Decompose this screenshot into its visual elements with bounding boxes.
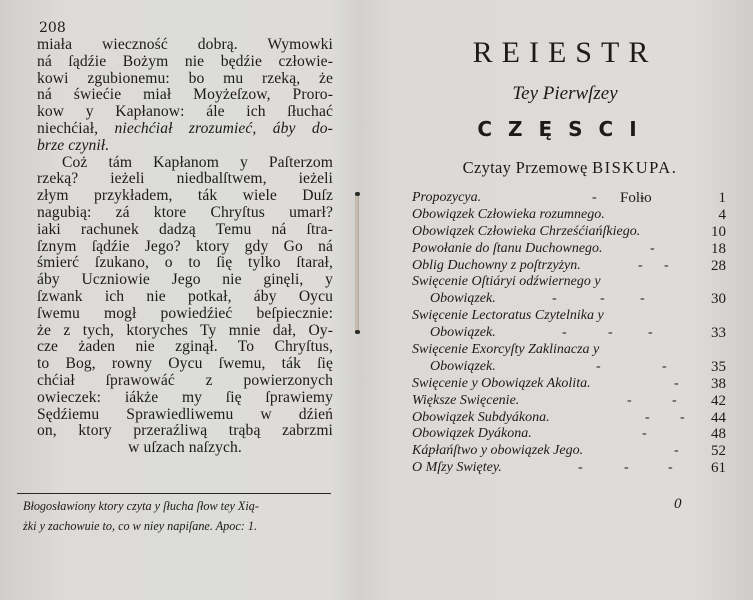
text-line: ſwemu mogł powiedźieć beſpiecznie: bbox=[37, 306, 333, 323]
text-line: ſzwank ich nie potkał, áby Oycu bbox=[37, 289, 333, 306]
toc-entry: Większe Swięcenie.--42 bbox=[412, 393, 742, 410]
toc-entry-title: Obowiązek Człowieka rozumnego. bbox=[412, 207, 605, 224]
leader-dash: - bbox=[645, 410, 650, 427]
text-line: owieczek: iákże my ſię ſprawiemy bbox=[37, 390, 333, 407]
leader-dash: - bbox=[650, 241, 655, 258]
gutter-crease bbox=[355, 194, 359, 332]
toc-entry-page: 30 bbox=[711, 291, 726, 308]
toc-entry-page: 44 bbox=[711, 410, 726, 427]
leader-dash: - bbox=[680, 410, 685, 427]
footnote-line: żki y zachowuie to, co w niey napiſane. … bbox=[23, 516, 333, 536]
toc-entry-title: Kápłańſtwo y obowiązek Jego. bbox=[412, 443, 583, 460]
folio-label: Folio bbox=[620, 190, 652, 207]
leader-dash: - bbox=[648, 325, 653, 342]
toc-entry-page: 28 bbox=[711, 258, 726, 275]
toc-entry-page: 18 bbox=[711, 241, 726, 258]
text-line: áby Uczniowie Jego nie ginęli, y bbox=[37, 272, 333, 289]
toc-entry-title: Obowiązek. bbox=[430, 325, 496, 342]
toc-entry: Swięcenie Oſtiáryi odźwiernego y bbox=[412, 274, 742, 291]
toc-entry-page: 10 bbox=[711, 224, 726, 241]
leader-dash: - bbox=[552, 291, 557, 308]
text-line: on, ktory przeraźliwą trąbą zabrzmi bbox=[37, 423, 333, 440]
leader-dash: - bbox=[674, 443, 679, 460]
page-title: REIESTR bbox=[420, 36, 710, 70]
toc-entry-title: Obowiązek Dyákona. bbox=[412, 426, 532, 443]
text-line: ná świećie miał Moyżeſzow, Proro- bbox=[37, 87, 333, 104]
italic-text-run: niechćiał zrozumieć, áby do- bbox=[115, 120, 333, 137]
toc-entry-page: 52 bbox=[711, 443, 726, 460]
body-text: miała wieczność dobrą. Wymowki ná ſądźie… bbox=[37, 37, 333, 457]
catchword: 0 bbox=[674, 496, 682, 513]
toc-entry-page: 61 bbox=[711, 460, 726, 477]
toc-entry: Swięcenie Lectoratus Czytelnika y bbox=[412, 308, 742, 325]
footnote-line: Błogosławiony ktory czyta y ſłucha ſłow … bbox=[23, 496, 333, 516]
toc-entry: Swięcenie Exorcyſty Zaklinacza y bbox=[412, 342, 742, 359]
italic-text-run: brze czynił. bbox=[37, 137, 109, 154]
toc-entry-title: Obowiązek. bbox=[430, 359, 496, 376]
toc-entry-title: Swięcenie y Obowiązek Akolita. bbox=[412, 376, 591, 393]
leader-dash: - bbox=[596, 359, 601, 376]
text-line: złym przykładem, ták wiele Duſz bbox=[37, 188, 333, 205]
text-line: miała wieczność dobrą. Wymowki bbox=[37, 37, 333, 54]
toc-entry-title: Obowiązek Człowieka Chrześćiańſkiego. bbox=[412, 224, 640, 241]
toc-entry-title: O Mſzy Swiętey. bbox=[412, 460, 502, 477]
toc-entry-page: 1 bbox=[719, 190, 727, 207]
toc-entry-title: Obowiązek Subdyákona. bbox=[412, 410, 550, 427]
toc-entry: Kápłańſtwo y obowiązek Jego.-52 bbox=[412, 443, 742, 460]
text-line: rzeką? ieżeli niedbalſtwem, ieżeli bbox=[37, 171, 333, 188]
text-line: cze żaden nie zginął. To Chryſtus, bbox=[37, 339, 333, 356]
text-line: Coż tám Kapłanom y Paſterzom bbox=[37, 155, 333, 172]
left-page: 208 miała wieczność dobrą. Wymowki ná ſą… bbox=[0, 0, 360, 600]
subtitle: Tey Pierwſzey bbox=[420, 83, 710, 105]
leader-dash: - bbox=[562, 325, 567, 342]
toc-entry-page: 4 bbox=[719, 207, 727, 224]
leader-dash: - bbox=[664, 258, 669, 275]
text-run: niechćiał, bbox=[37, 120, 115, 137]
leader-dash: - bbox=[638, 258, 643, 275]
preface-note-text: Czytay Przemowę bbox=[463, 158, 588, 177]
toc-entry-title: Powołanie do ſtanu Duchownego. bbox=[412, 241, 603, 258]
leader-dash: - bbox=[627, 393, 632, 410]
toc-entry: Powołanie do ſtanu Duchownego.-18 bbox=[412, 241, 742, 258]
text-line: chćiał ſprawowáć z powierzonych bbox=[37, 373, 333, 390]
leader-dash: - bbox=[640, 291, 645, 308]
toc-entry: Obowiązek Człowieka rozumnego.4 bbox=[412, 207, 742, 224]
text-line: ſznym ſądźie Jego? ktory gdy Go ná bbox=[37, 239, 333, 256]
toc-entry-title: Propozycya. bbox=[412, 190, 481, 207]
table-of-contents: Propozycya.--Folio1Obowiązek Człowieka r… bbox=[412, 190, 742, 477]
toc-entry: Obowiązek.--35 bbox=[412, 359, 742, 376]
toc-entry-title: Swięcenie Exorcyſty Zaklinacza y bbox=[412, 342, 599, 359]
book-spread: 208 miała wieczność dobrą. Wymowki ná ſą… bbox=[0, 0, 753, 600]
footnote: Błogosławiony ktory czyta y ſłucha ſłow … bbox=[23, 496, 333, 536]
text-line: nagubią: zá ktore Chryſtus umarł? bbox=[37, 205, 333, 222]
part-heading: CZĘSCI bbox=[420, 117, 710, 141]
footnote-rule bbox=[17, 493, 331, 494]
leader-dash: - bbox=[624, 460, 629, 477]
leader-dash: - bbox=[578, 460, 583, 477]
right-page: REIESTR Tey Pierwſzey CZĘSCI Czytay Prze… bbox=[380, 0, 753, 600]
toc-entry-title: Obowiązek. bbox=[430, 291, 496, 308]
leader-dash: - bbox=[642, 426, 647, 443]
toc-entry: Obowiązek Subdyákona.--44 bbox=[412, 410, 742, 427]
text-line: brze czynił. bbox=[37, 138, 333, 155]
leader-dash: - bbox=[674, 376, 679, 393]
leader-dash: - bbox=[592, 190, 597, 207]
leader-dash: - bbox=[668, 460, 673, 477]
toc-entry-page: 33 bbox=[711, 325, 726, 342]
preface-note: Czytay Przemowę BISKUPA. bbox=[420, 158, 720, 178]
preface-note-caps: BISKUPA. bbox=[592, 158, 677, 177]
page-number: 208 bbox=[39, 20, 66, 36]
text-line: to Bog, rowny Oycu ſwemu, ták ſię bbox=[37, 356, 333, 373]
toc-entry: Obowiązek.---33 bbox=[412, 325, 742, 342]
text-line: kowi zgubionemu: bo mu rzeką, że bbox=[37, 71, 333, 88]
text-line: iaki rachunek dadzą Temu ná ſtra- bbox=[37, 222, 333, 239]
toc-entry: Swięcenie y Obowiązek Akolita.-38 bbox=[412, 376, 742, 393]
leader-dash: - bbox=[662, 359, 667, 376]
toc-entry-title: Swięcenie Oſtiáryi odźwiernego y bbox=[412, 274, 601, 291]
toc-entry: Oblig Duchowny z poſtrzyżyn.--28 bbox=[412, 258, 742, 275]
toc-entry: Propozycya.--Folio1 bbox=[412, 190, 742, 207]
text-line: że z tych, ktoryches Ty mnie dał, Oy- bbox=[37, 323, 333, 340]
toc-entry: O Mſzy Swiętey.---61 bbox=[412, 460, 742, 477]
toc-entry-title: Oblig Duchowny z poſtrzyżyn. bbox=[412, 258, 581, 275]
text-line: w uſzach naſzych. bbox=[37, 440, 333, 457]
text-line: śmierć ſzukano, o to ſię tylko ſtarał, bbox=[37, 255, 333, 272]
text-line: niechćiał, niechćiał zrozumieć, áby do- bbox=[37, 121, 333, 138]
leader-dash: - bbox=[672, 393, 677, 410]
toc-entry-page: 38 bbox=[711, 376, 726, 393]
leader-dash: - bbox=[600, 291, 605, 308]
text-line: kow y Kapłanow: ále ich ſłuchać bbox=[37, 104, 333, 121]
toc-entry-page: 42 bbox=[711, 393, 726, 410]
toc-entry: Obowiązek.---30 bbox=[412, 291, 742, 308]
toc-entry-title: Większe Swięcenie. bbox=[412, 393, 519, 410]
text-line: Sędźiemu Sprawiedliwemu w dźień bbox=[37, 407, 333, 424]
toc-entry-page: 35 bbox=[711, 359, 726, 376]
toc-entry-page: 48 bbox=[711, 426, 726, 443]
toc-entry: Obowiązek Dyákona.-48 bbox=[412, 426, 742, 443]
leader-dash: - bbox=[608, 325, 613, 342]
toc-entry: Obowiązek Człowieka Chrześćiańſkiego.10 bbox=[412, 224, 742, 241]
text-line: ná ſądźie Bożym nie będźie człowie- bbox=[37, 54, 333, 71]
toc-entry-title: Swięcenie Lectoratus Czytelnika y bbox=[412, 308, 604, 325]
